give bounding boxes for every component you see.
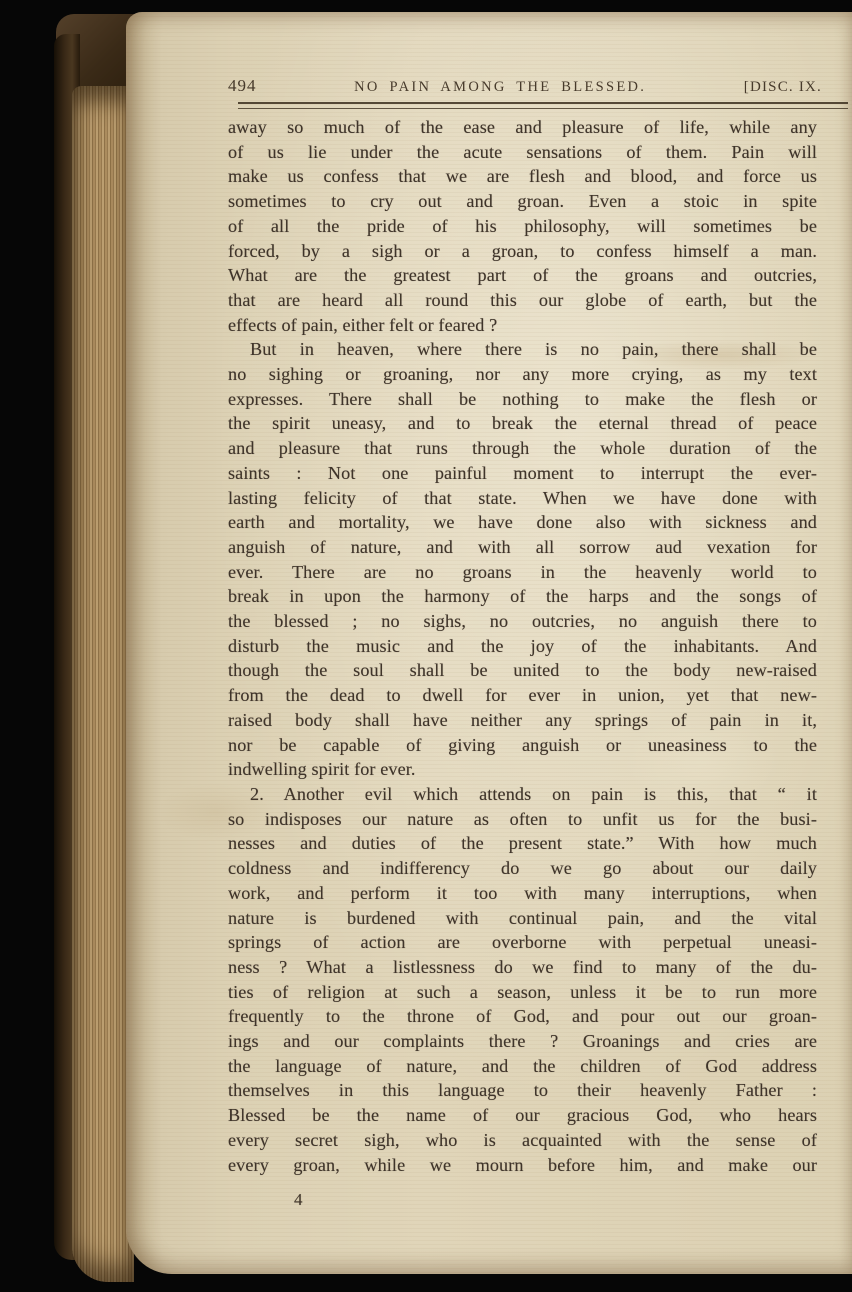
page-body: away so much of the ease and pleasure of… bbox=[228, 115, 817, 1177]
text-line: lasting felicity of that state. When we … bbox=[228, 486, 817, 511]
text-line: break in upon the harmony of the harps a… bbox=[228, 584, 817, 609]
header-rule bbox=[238, 102, 848, 109]
text-line: coldness and indifferency do we go about… bbox=[228, 856, 817, 881]
text-line: the spirit uneasy, and to break the eter… bbox=[228, 411, 817, 436]
text-line: every groan, while we mourn before him, … bbox=[228, 1153, 817, 1178]
text-line: make us confess that we are flesh and bl… bbox=[228, 164, 817, 189]
text-line: springs of action are overborne with per… bbox=[228, 930, 817, 955]
paragraph: But in heaven, where there is no pain, t… bbox=[228, 337, 817, 782]
text-line: so indisposes our nature as often to unf… bbox=[228, 807, 817, 832]
text-line: nature is burdened with continual pain, … bbox=[228, 906, 817, 931]
page-number: 494 bbox=[228, 76, 257, 96]
text-line: though the soul shall be united to the b… bbox=[228, 658, 817, 683]
page-header: 494 NO PAIN AMONG THE BLESSED. [DISC. IX… bbox=[228, 76, 822, 96]
text-line: expresses. There shall be nothing to mak… bbox=[228, 387, 817, 412]
text-line: the blessed ; no sighs, no outcries, no … bbox=[228, 609, 817, 634]
text-line: of us lie under the acute sensations of … bbox=[228, 140, 817, 165]
book-page: 494 NO PAIN AMONG THE BLESSED. [DISC. IX… bbox=[126, 12, 852, 1274]
text-line: from the dead to dwell for ever in union… bbox=[228, 683, 817, 708]
text-line: ness ? What a listlessness do we find to… bbox=[228, 955, 817, 980]
section-reference: [DISC. IX. bbox=[744, 79, 822, 96]
text-line: indwelling spirit for ever. bbox=[228, 757, 817, 782]
text-line: saints : Not one painful moment to inter… bbox=[228, 461, 817, 486]
text-line: ings and our complaints there ? Groaning… bbox=[228, 1029, 817, 1054]
text-line: effects of pain, either felt or feared ? bbox=[228, 313, 817, 338]
text-line: What are the greatest part of the groans… bbox=[228, 263, 817, 288]
paragraph: 2. Another evil which attends on pain is… bbox=[228, 782, 817, 1177]
text-line: ties of religion at such a season, unles… bbox=[228, 980, 817, 1005]
text-line: every secret sigh, who is acquainted wit… bbox=[228, 1128, 817, 1153]
text-line: no sighing or groaning, nor any more cry… bbox=[228, 362, 817, 387]
text-line: themselves in this language to their hea… bbox=[228, 1078, 817, 1103]
text-line: Blessed be the name of our gracious God,… bbox=[228, 1103, 817, 1128]
page-fore-edges bbox=[72, 86, 134, 1282]
text-line: raised body shall have neither any sprin… bbox=[228, 708, 817, 733]
text-line: forced, by a sigh or a groan, to confess… bbox=[228, 239, 817, 264]
signature-mark: 4 bbox=[294, 1190, 303, 1210]
text-line: earth and mortality, we have done also w… bbox=[228, 510, 817, 535]
text-line: 2. Another evil which attends on pain is… bbox=[228, 782, 817, 807]
text-line: anguish of nature, and with all sorrow a… bbox=[228, 535, 817, 560]
text-line: of all the pride of his philosophy, will… bbox=[228, 214, 817, 239]
text-line: the language of nature, and the children… bbox=[228, 1054, 817, 1079]
text-line: ever. There are no groans in the heavenl… bbox=[228, 560, 817, 585]
text-line: disturb the music and the joy of the inh… bbox=[228, 634, 817, 659]
paragraph: away so much of the ease and pleasure of… bbox=[228, 115, 817, 337]
text-line: nor be capable of giving anguish or unea… bbox=[228, 733, 817, 758]
text-line: sometimes to cry out and groan. Even a s… bbox=[228, 189, 817, 214]
text-line: But in heaven, where there is no pain, t… bbox=[228, 337, 817, 362]
text-line: frequently to the throne of God, and pou… bbox=[228, 1004, 817, 1029]
text-line: that are heard all round this our globe … bbox=[228, 288, 817, 313]
text-line: away so much of the ease and pleasure of… bbox=[228, 115, 817, 140]
text-line: nesses and duties of the present state.”… bbox=[228, 831, 817, 856]
text-line: work, and perform it too with many inter… bbox=[228, 881, 817, 906]
running-title: NO PAIN AMONG THE BLESSED. bbox=[257, 79, 744, 96]
text-line: and pleasure that runs through the whole… bbox=[228, 436, 817, 461]
